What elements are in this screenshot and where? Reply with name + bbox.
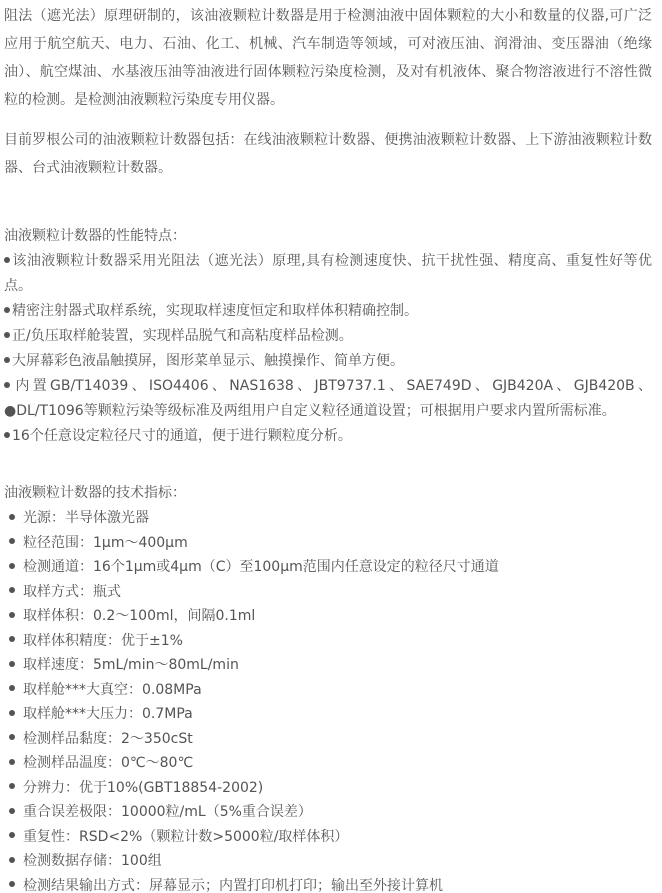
bullet-icon [9, 734, 15, 740]
bullet-icon [9, 563, 15, 569]
spec-item: 取样速度：5mL/min～80mL/min [9, 653, 652, 678]
spec-text: 光源：半导体激光器 [23, 510, 149, 526]
spec-text: 取样方式：瓶式 [23, 584, 121, 600]
feature-item: 该油液颗粒计数器采用光阻法（遮光法）原理,具有检测速度快、抗干扰性强、精度高、重… [4, 249, 652, 299]
spec-text: 检测通道：16个1μm或4μm（C）至100μm范围内任意设定的粒径尺寸通道 [23, 559, 499, 575]
bullet-icon [9, 783, 15, 789]
bullet-icon [4, 432, 10, 438]
bullet-icon [9, 514, 15, 520]
bullet-icon [4, 332, 10, 338]
spec-text: 检测样品温度：0℃～80℃ [23, 755, 193, 771]
spec-item: 光源：半导体激光器 [9, 506, 652, 531]
spec-item: 重合误差极限：10000粒/mL（5%重合误差） [9, 800, 652, 825]
bullet-icon [9, 538, 15, 544]
bullet-icon [9, 759, 15, 765]
feature-text: 正/负压取样舱装置，实现样品脱气和高粘度样品检测。 [12, 328, 353, 344]
feature-item: 16个任意设定粒径尺寸的通道，便于进行颗粒度分析。 [4, 424, 652, 449]
spec-text: 检测数据存储：100组 [23, 853, 162, 869]
bullet-icon [4, 357, 10, 363]
feature-text: 精密注射器式取样系统，实现取样速度恒定和取样体积精确控制。 [12, 303, 418, 319]
bullet-icon [4, 307, 10, 313]
bullet-icon [9, 661, 15, 667]
spec-item: 检测结果输出方式：屏幕显示；内置打印机打印；输出至外接计算机 [9, 874, 652, 893]
spec-item: 取样体积：0.2～100ml，间隔0.1ml [9, 604, 652, 629]
intro-paragraph-2: 目前罗根公司的油液颗粒计数器包括：在线油液颗粒计数器、便携油液颗粒计数器、上下游… [4, 126, 652, 182]
feature-item: 内置GB/T14039、ISO4406、NAS1638、JBT9737.1、SA… [4, 374, 652, 424]
bullet-icon [9, 636, 15, 642]
spec-text: 取样速度：5mL/min～80mL/min [23, 657, 239, 673]
features-heading: 油液颗粒计数器的性能特点： [4, 224, 652, 249]
bullet-icon [9, 832, 15, 838]
spec-text: 重合误差极限：10000粒/mL（5%重合误差） [23, 804, 312, 820]
bullet-icon [9, 612, 15, 618]
spec-item: 检测样品温度：0℃～80℃ [9, 751, 652, 776]
bullet-icon [9, 881, 15, 887]
feature-item: 大屏幕彩色液晶触摸屏，图形菜单显示、触摸操作、简单方便。 [4, 349, 652, 374]
bullet-icon [9, 857, 15, 863]
spec-item: 检测通道：16个1μm或4μm（C）至100μm范围内任意设定的粒径尺寸通道 [9, 555, 652, 580]
bullet-icon [4, 382, 10, 388]
feature-item: 正/负压取样舱装置，实现样品脱气和高粘度样品检测。 [4, 324, 652, 349]
spec-text: 分辨力：优于10%(GBT18854-2002) [23, 780, 263, 796]
bullet-icon [9, 685, 15, 691]
spec-list: 光源：半导体激光器 粒径范围：1μm～400μm 检测通道：16个1μm或4μm… [4, 506, 652, 893]
spec-text: 取样舱***大压力：0.7MPa [23, 706, 193, 722]
specs-heading: 油液颗粒计数器的技术指标： [4, 481, 652, 506]
document-body: 阻法（遮光法）原理研制的，该油液颗粒计数器是用于检测油液中固体颗粒的大小和数量的… [0, 0, 662, 893]
feature-text: 内置GB/T14039、ISO4406、NAS1638、JBT9737.1、SA… [4, 378, 652, 419]
spec-item: 取样方式：瓶式 [9, 580, 652, 605]
bullet-icon [9, 710, 15, 716]
intro-paragraph-1: 阻法（遮光法）原理研制的，该油液颗粒计数器是用于检测油液中固体颗粒的大小和数量的… [4, 2, 652, 114]
bullet-icon [4, 257, 10, 263]
spec-item: 取样舱***大真空：0.08MPa [9, 678, 652, 703]
spec-text: 检测结果输出方式：屏幕显示；内置打印机打印；输出至外接计算机 [23, 878, 443, 893]
spec-text: 取样舱***大真空：0.08MPa [23, 682, 202, 698]
bullet-icon [9, 587, 15, 593]
spec-item: 重复性：RSD<2%（颗粒计数>5000粒/取样体积） [9, 825, 652, 850]
feature-text: 大屏幕彩色液晶触摸屏，图形菜单显示、触摸操作、简单方便。 [12, 353, 404, 369]
feature-item: 精密注射器式取样系统，实现取样速度恒定和取样体积精确控制。 [4, 299, 652, 324]
spec-item: 取样体积精度：优于±1% [9, 629, 652, 654]
spec-item: 检测数据存储：100组 [9, 849, 652, 874]
spec-item: 检测样品黏度：2～350cSt [9, 727, 652, 752]
feature-list: 该油液颗粒计数器采用光阻法（遮光法）原理,具有检测速度快、抗干扰性强、精度高、重… [4, 249, 652, 449]
feature-text: 该油液颗粒计数器采用光阻法（遮光法）原理,具有检测速度快、抗干扰性强、精度高、重… [4, 253, 652, 294]
spec-item: 取样舱***大压力：0.7MPa [9, 702, 652, 727]
feature-text: 16个任意设定粒径尺寸的通道，便于进行颗粒度分析。 [12, 428, 352, 444]
spec-text: 取样体积精度：优于±1% [23, 633, 183, 649]
spec-item: 分辨力：优于10%(GBT18854-2002) [9, 776, 652, 801]
spec-text: 粒径范围：1μm～400μm [23, 535, 188, 551]
spec-text: 检测样品黏度：2～350cSt [23, 731, 193, 747]
bullet-icon [9, 808, 15, 814]
spec-text: 取样体积：0.2～100ml，间隔0.1ml [23, 608, 255, 624]
spec-item: 粒径范围：1μm～400μm [9, 531, 652, 556]
spec-text: 重复性：RSD<2%（颗粒计数>5000粒/取样体积） [23, 829, 348, 845]
